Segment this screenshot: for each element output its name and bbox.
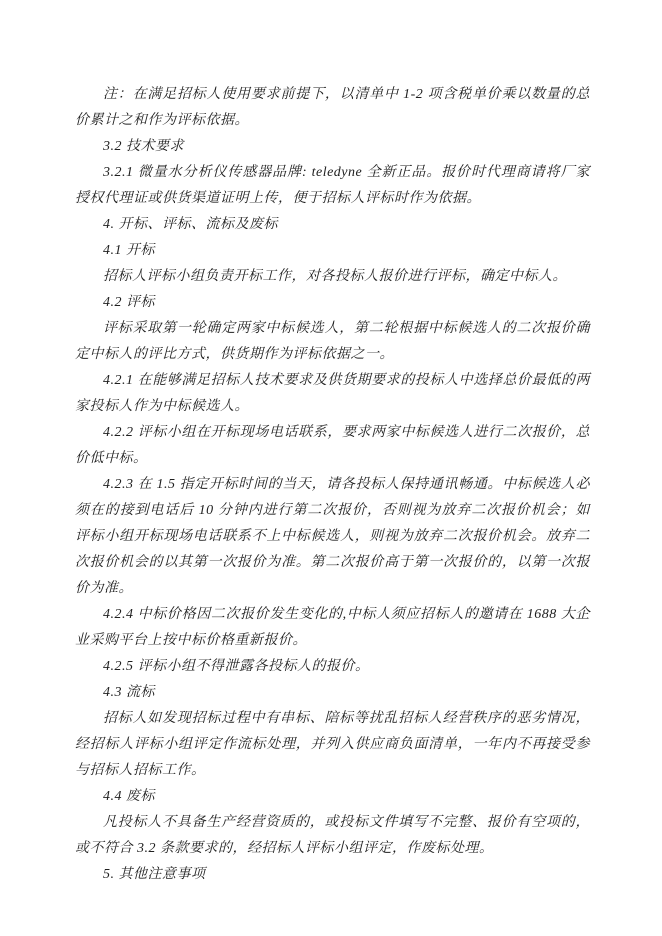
section-heading: 4.1 开标 [75,238,590,264]
paragraph: 评标采取第一轮确定两家中标候选人，第二轮根据中标候选人的二次报价确定中标人的评比… [75,316,590,368]
paragraph: 4.2.4 中标价格因二次报价发生变化的,中标人须应招标人的邀请在 1688 大… [75,602,590,654]
document-body: 注：在满足招标人使用要求前提下，以清单中 1-2 项含税单价乘以数量的总价累计之… [75,82,590,888]
paragraph: 4.2.5 评标小组不得泄露各投标人的报价。 [75,654,590,680]
paragraph: 招标人评标小组负责开标工作，对各投标人报价进行评标，确定中标人。 [75,264,590,290]
section-heading: 4.4 废标 [75,784,590,810]
paragraph: 4.2.1 在能够满足招标人技术要求及供货期要求的投标人中选择总价最低的两家投标… [75,368,590,420]
section-heading: 4.2 评标 [75,290,590,316]
paragraph: 注：在满足招标人使用要求前提下，以清单中 1-2 项含税单价乘以数量的总价累计之… [75,82,590,134]
section-heading: 4. 开标、评标、流标及废标 [75,212,590,238]
paragraph: 4.2.3 在 1.5 指定开标时间的当天，请各投标人保持通讯畅通。中标候选人必… [75,472,590,602]
section-heading: 3.2 技术要求 [75,134,590,160]
document-page: 注：在满足招标人使用要求前提下，以清单中 1-2 项含税单价乘以数量的总价累计之… [0,0,662,936]
section-heading: 4.3 流标 [75,680,590,706]
section-heading: 5. 其他注意事项 [75,862,590,888]
paragraph: 招标人如发现招标过程中有串标、陪标等扰乱招标人经营秩序的恶劣情况，经招标人评标小… [75,706,590,784]
paragraph: 4.2.2 评标小组在开标现场电话联系，要求两家中标候选人进行二次报价，总价低中… [75,420,590,472]
paragraph: 凡投标人不具备生产经营资质的，或投标文件填写不完整、报价有空项的，或不符合 3.… [75,810,590,862]
paragraph: 3.2.1 微量水分析仪传感器品牌: teledyne 全新正品。报价时代理商请… [75,160,590,212]
